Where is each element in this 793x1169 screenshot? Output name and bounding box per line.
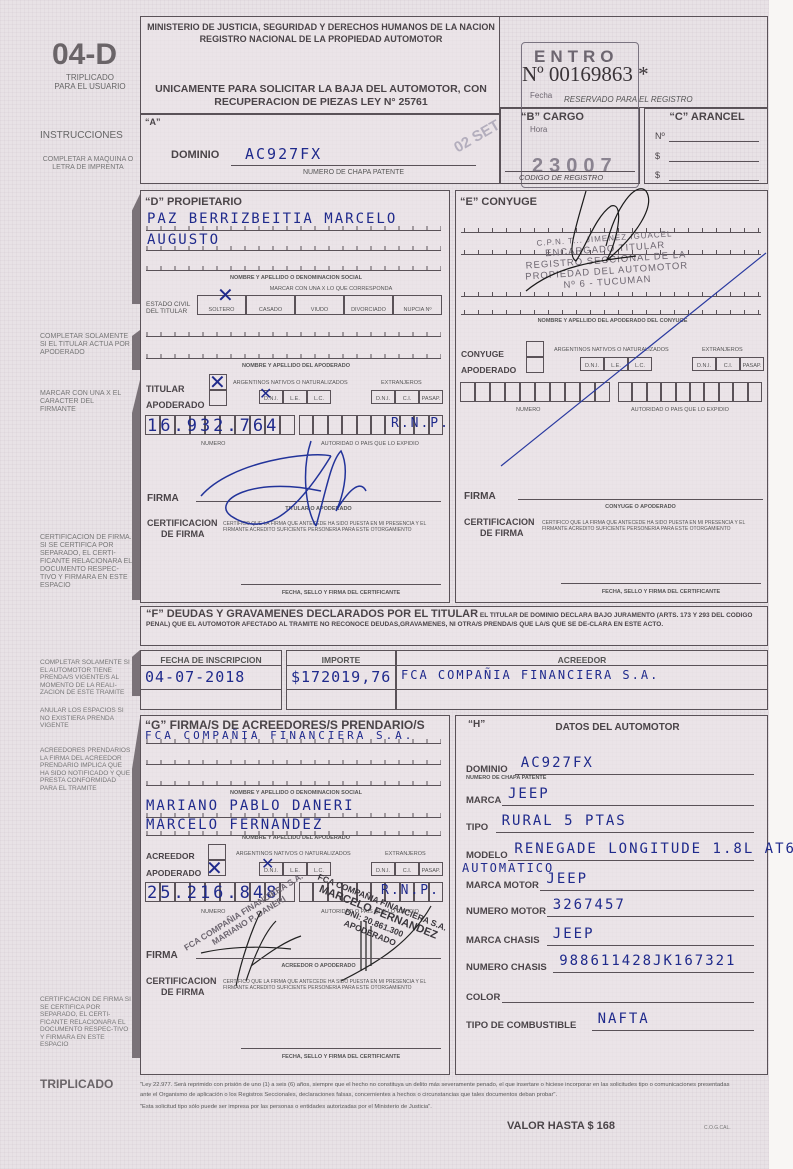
vehicle-field-line xyxy=(547,945,754,946)
cert-text: CERTIFICO QUE LA FIRMA QUE ANTECEDE HA S… xyxy=(223,521,443,533)
role-check: ✕ xyxy=(206,856,223,880)
footer-valor: VALOR HASTA $ 168 xyxy=(507,1120,615,1132)
vehicle-field-line xyxy=(592,1030,754,1031)
vehicle-field-label: NUMERO CHASIS xyxy=(466,962,547,973)
char-cell[interactable] xyxy=(371,415,385,435)
footer-copy-label: TRIPLICADO xyxy=(40,1077,113,1091)
vehicle-field-label: TIPO DE COMBUSTIBLE xyxy=(466,1020,576,1031)
vehicle-field-line xyxy=(547,916,754,917)
vehicle-field-sublabel: NUMERO DE CHAPA PATENTE xyxy=(466,775,546,781)
copy-label: TRIPLICADO xyxy=(50,73,130,82)
section-h-vehicle-data: “H” DATOS DEL AUTOMOTOR DOMINIOAC927FXNU… xyxy=(455,715,768,1075)
civil-status-option[interactable]: NUPCIA Nº xyxy=(393,295,442,315)
char-cell[interactable] xyxy=(580,382,595,402)
vehicle-field-line xyxy=(502,1002,754,1003)
civil-status-option-label: SOLTERO xyxy=(198,307,245,313)
extranjeros-label: EXTRANJEROS xyxy=(385,851,426,857)
civil-status-option-label: NUPCIA Nº xyxy=(394,307,441,313)
role-apoderado-label: APODERADO xyxy=(146,400,205,410)
owner-name-label: NOMBRE Y APELLIDO O DENOMINACION SOCIAL xyxy=(141,275,451,281)
char-cell[interactable] xyxy=(748,382,762,402)
char-cell[interactable] xyxy=(550,382,565,402)
divider xyxy=(287,665,395,666)
role-conyuge-label: CONYUGE xyxy=(461,349,504,359)
divider xyxy=(397,689,767,690)
role-apoderado-label: APODERADO xyxy=(146,868,201,878)
role-check: ✕ xyxy=(209,370,226,394)
argentinos-label: ARGENTINOS NATIVOS O NATURALIZADOS xyxy=(233,380,348,386)
doc-type-option[interactable]: C.I. xyxy=(716,357,740,371)
apoderado-name-label: NOMBRE Y APELLIDO DEL APODERADO xyxy=(141,363,451,369)
vehicle-field-line xyxy=(540,890,754,891)
role-acreedor-label: ACREEDOR xyxy=(146,851,195,861)
char-cell[interactable] xyxy=(647,382,661,402)
stamp-entro: ENTRO xyxy=(534,47,619,67)
instructions-cert: CERTIFICACION DE FIRMA. SI SE CERTIFICA … xyxy=(40,534,132,590)
creditor-doc-authority[interactable]: R.N.P. xyxy=(381,883,440,898)
cert-label: CERTIFICACION xyxy=(464,517,535,527)
doc-type-option-label: D.N.I. xyxy=(372,396,394,402)
char-cell[interactable] xyxy=(328,415,342,435)
mark-hint: MARCAR CON UNA X LO QUE CORRESPONDA xyxy=(221,286,441,292)
arancel-amount-label: $ xyxy=(655,151,660,161)
doc-type-check: ✕ xyxy=(259,384,272,403)
instructions-acreedores: ACREEDORES PRENDARIOS LA FIRMA DEL ACREE… xyxy=(40,747,132,792)
vehicle-field-label: MARCA CHASIS xyxy=(466,935,540,946)
doc-type-option-label: C.I. xyxy=(396,868,418,874)
tab-arrow xyxy=(132,650,140,696)
debts-column: ACREEDORFCA COMPAÑIA FINANCIERA S.A. xyxy=(396,650,768,710)
doc-type-option-label: PASAP. xyxy=(420,396,442,402)
role-titular-label: TITULAR xyxy=(146,384,185,394)
header-box: MINISTERIO DE JUSTICIA, SEGURIDAD Y DERE… xyxy=(140,16,500,114)
civil-status-label: ESTADO CIVIL DEL TITULAR xyxy=(146,301,196,315)
char-cell[interactable] xyxy=(704,382,718,402)
creditor-apoderado-label: NOMBRE Y APELLIDO DEL APODERADO xyxy=(141,835,451,841)
vehicle-fields: DOMINIOAC927FXNUMERO DE CHAPA PATENTEMAR… xyxy=(456,716,769,1076)
vehicle-field-value[interactable]: NAFTA xyxy=(598,1011,650,1027)
char-cell[interactable] xyxy=(342,415,356,435)
section-b-title: “B” CARGO xyxy=(521,111,584,123)
char-cell[interactable] xyxy=(280,415,295,435)
instructions-prenda: COMPLETAR SOLAMENTE SI EL AUTOMOTOR TIEN… xyxy=(40,659,130,697)
numero-label: NUMERO xyxy=(201,441,225,447)
doc-type-option[interactable]: D.N.I. xyxy=(580,357,604,371)
cert-label: CERTIFICACION xyxy=(146,976,217,986)
doc-type-option-label: L.E. xyxy=(605,363,627,369)
char-cell[interactable] xyxy=(690,382,704,402)
instructions-apoderado: COMPLETAR SOLAMENTE SI EL TITULAR ACTUA … xyxy=(40,333,130,357)
firma-sublabel: TITULAR O APODERADO xyxy=(196,506,441,512)
doc-type-option[interactable]: PASAP. xyxy=(419,390,443,404)
debts-column-header: ACREEDOR xyxy=(397,655,767,665)
tab-arrow xyxy=(132,194,140,304)
extranjeros-label: EXTRANJEROS xyxy=(381,380,422,386)
vehicle-field-value[interactable]: AC927FX xyxy=(521,755,594,771)
form-04d-page: 04-D TRIPLICADO PARA EL USUARIO MINISTER… xyxy=(0,0,793,1169)
doc-type-option[interactable]: C.I. xyxy=(395,862,419,876)
cert-text: CERTIFICO QUE LA FIRMA QUE ANTECEDE HA S… xyxy=(542,520,764,532)
debts-column: FECHA DE INSCRIPCION04-07-2018 xyxy=(140,650,282,710)
char-cell[interactable] xyxy=(618,382,632,402)
vehicle-field-label: DOMINIO xyxy=(466,764,508,775)
purpose-title-2: RECUPERACION DE PIEZAS LEY N° 25761 xyxy=(145,96,497,108)
char-cell[interactable] xyxy=(505,382,520,402)
firma-label: FIRMA xyxy=(147,493,179,504)
doc-type-option[interactable]: D.N.I. xyxy=(371,862,395,876)
vehicle-field-value[interactable]: 988611428JK167321 xyxy=(559,953,736,969)
firma-sublabel: ACREEDOR O APODERADO xyxy=(196,963,441,969)
dominio-sublabel: NUMERO DE CHAPA PATENTE xyxy=(231,169,476,176)
debts-table: FECHA DE INSCRIPCION04-07-2018IMPORTE$17… xyxy=(140,650,768,710)
vehicle-field-value[interactable]: RENEGADE LONGITUDE 1.8L AT6 xyxy=(514,841,793,857)
role-apoderado-checkbox[interactable] xyxy=(526,357,544,373)
doc-type-option-label: D.N.I. xyxy=(693,363,715,369)
vehicle-field-extra[interactable]: AUTOMATICO xyxy=(462,861,554,875)
char-cell[interactable] xyxy=(490,382,505,402)
doc-type-extranjeros: D.N.I.C.I.PASAP. xyxy=(371,862,443,876)
section-f-title: “F” DEUDAS Y GRAVAMENES DECLARADOS POR E… xyxy=(146,608,478,620)
authority-label: AUTORIDAD O PAIS QUE LO EXPIDIO xyxy=(631,407,729,413)
instructions-title: INSTRUCCIONES xyxy=(40,130,123,141)
creditor-name-label: NOMBRE Y APELLIDO O DENOMINACION SOCIAL xyxy=(141,790,451,796)
char-cell[interactable] xyxy=(595,382,610,402)
debts-cell[interactable]: FCA COMPAÑIA FINANCIERA S.A. xyxy=(401,668,659,682)
conyuge-apoderado-label: NOMBRE Y APELLIDO DEL APODERADO DEL CONY… xyxy=(456,318,769,324)
dominio-label: DOMINIO xyxy=(171,149,219,161)
firma-label: FIRMA xyxy=(146,950,178,961)
section-f-header: “F” DEUDAS Y GRAVAMENES DECLARADOS POR E… xyxy=(140,606,768,646)
numero-label: NUMERO xyxy=(201,909,225,915)
instructions-fill-mode: COMPLETAR A MAQUINA O LETRA DE IMPRENTA xyxy=(38,156,138,172)
debts-column: IMPORTE$172019,76 xyxy=(286,650,396,710)
vehicle-field-value[interactable]: 3267457 xyxy=(553,897,626,913)
form-code: 04-D xyxy=(52,38,117,72)
tab-arrow xyxy=(132,718,140,1058)
civil-status-option[interactable]: DIVORCIADO xyxy=(344,295,393,315)
section-d-title: “D” PROPIETARIO xyxy=(145,196,242,208)
instructions-anular: ANULAR LOS ESPACIOS SI NO EXISTIERA PREN… xyxy=(40,707,130,730)
footer-law-text: "Ley 22.977. Será reprimido con prisión … xyxy=(140,1080,740,1100)
vehicle-field-value[interactable]: JEEP xyxy=(546,871,588,887)
firma-sublabel: CONYUGE O APODERADO xyxy=(518,504,763,510)
vehicle-field-value[interactable]: RURAL 5 PTAS xyxy=(502,813,627,829)
char-cell[interactable] xyxy=(520,382,535,402)
doc-type-option[interactable]: PASAP. xyxy=(740,357,764,371)
divider xyxy=(287,689,395,690)
authority-label: AUTORIDAD O PAIS QUE LO EXPIDIO xyxy=(321,441,419,447)
char-cell[interactable] xyxy=(460,382,475,402)
section-a-letter: “A” xyxy=(145,117,161,127)
doc-type-option-label: D.N.I. xyxy=(581,363,603,369)
doc-type-option-label: C.I. xyxy=(396,396,418,402)
firma-label: FIRMA xyxy=(464,491,496,502)
section-e-title: “E” CONYUGE xyxy=(460,196,537,208)
civil-status-option-label: VIUDO xyxy=(296,307,343,313)
role-apoderado-label: APODERADO xyxy=(461,365,516,375)
doc-type-option[interactable]: PASAP. xyxy=(419,862,443,876)
doc-type-option[interactable]: L.C. xyxy=(628,357,652,371)
ministry-title: MINISTERIO DE JUSTICIA, SEGURIDAD Y DERE… xyxy=(145,22,497,32)
footer-printer: C.O.G.CAL. xyxy=(704,1125,731,1131)
footer-print-note: "Esta solicitud tipo sólo puede ser impr… xyxy=(140,1104,640,1110)
civil-status-option-label: DIVORCIADO xyxy=(345,307,392,313)
instructions-cert-2: CERTIFICACION DE FIRMA SI SE CERTIFICA P… xyxy=(40,996,132,1049)
argentinos-label: ARGENTINOS NATIVOS O NATURALIZADOS xyxy=(554,347,669,353)
doc-type-option[interactable]: C.I. xyxy=(395,390,419,404)
arancel-number-label: Nº xyxy=(655,131,665,141)
civil-status-option[interactable]: CASADO xyxy=(246,295,295,315)
vehicle-field-value[interactable]: JEEP xyxy=(553,926,595,942)
civil-status-option-label: CASADO xyxy=(247,307,294,313)
vehicle-field-label: NUMERO MOTOR xyxy=(466,906,546,917)
section-c-title: “C” ARANCEL xyxy=(645,111,769,123)
section-g-acreedores: “G” FIRMA/S DE ACREEDORES/S PRENDARIO/S … xyxy=(140,715,450,1075)
doc-type-option[interactable]: L.E. xyxy=(283,390,307,404)
doc-type-option-label: L.C. xyxy=(629,363,651,369)
instructions-mark: MARCAR CON UNA X EL CARACTER DEL FIRMANT… xyxy=(40,390,130,414)
cert-text: CERTIFICO QUE LA FIRMA QUE ANTECEDE HA S… xyxy=(223,979,443,991)
vehicle-field-value[interactable]: JEEP xyxy=(508,786,550,802)
doc-type-option-label: D.N.I. xyxy=(372,868,394,874)
extranjeros-label: EXTRANJEROS xyxy=(702,347,743,353)
char-cell[interactable] xyxy=(313,415,327,435)
doc-type-option-label: PASAP. xyxy=(741,363,763,369)
vehicle-field-line xyxy=(496,832,754,833)
divider xyxy=(141,689,281,690)
doc-type-option[interactable]: D.N.I. xyxy=(692,357,716,371)
vehicle-field-label: MARCA MOTOR xyxy=(466,880,539,891)
owner-doc-number[interactable]: 16.932.764 xyxy=(147,416,279,436)
cert-label: CERTIFICACION xyxy=(147,518,218,528)
debts-column-header: FECHA DE INSCRIPCION xyxy=(141,655,281,665)
tab-arrow xyxy=(132,330,140,370)
debts-cell[interactable]: $172019,76 xyxy=(291,668,391,686)
cert-label-2: DE FIRMA xyxy=(161,987,205,997)
tab-arrow xyxy=(132,380,140,600)
registry-code-label: CODIGO DE REGISTRO xyxy=(519,173,603,182)
cert-label-2: DE FIRMA xyxy=(161,529,205,539)
stamp-fecha: Fecha xyxy=(530,91,552,100)
doc-type-extranjeros: D.N.I.C.I.PASAP. xyxy=(371,390,443,404)
vehicle-field-line xyxy=(515,774,754,775)
civil-status-check: ✕ xyxy=(217,283,234,307)
char-cell[interactable] xyxy=(632,382,646,402)
vehicle-field-label: COLOR xyxy=(466,992,500,1003)
vehicle-field-label: TIPO xyxy=(466,822,488,833)
doc-number-cells xyxy=(460,382,610,402)
certificante-label: FECHA, SELLO Y FIRMA DEL CERTIFICANTE xyxy=(241,1054,441,1060)
argentinos-label: ARGENTINOS NATIVOS O NATURALIZADOS xyxy=(236,851,351,857)
char-cell[interactable] xyxy=(676,382,690,402)
certificante-label: FECHA, SELLO Y FIRMA DEL CERTIFICANTE xyxy=(241,590,441,596)
dominio-value[interactable]: AC927FX xyxy=(245,145,322,163)
debts-column-header: IMPORTE xyxy=(287,655,395,665)
section-d-propietario: “D” PROPIETARIO PAZ BERRIZBEITIA MARCELO… xyxy=(140,190,450,603)
section-e-conyuge: “E” CONYUGE NOMBRE Y APELLIDO DEL APODER… xyxy=(455,190,768,603)
page-margin xyxy=(769,0,793,1169)
copy-for: PARA EL USUARIO xyxy=(45,82,135,91)
char-cell[interactable] xyxy=(299,415,313,435)
divider xyxy=(141,665,281,666)
doc-type-option-label: C.I. xyxy=(717,363,739,369)
doc-type-option[interactable]: D.N.I. xyxy=(371,390,395,404)
purpose-title: UNICAMENTE PARA SOLICITAR LA BAJA DEL AU… xyxy=(145,83,497,95)
doc-type-check: ✕ xyxy=(261,854,274,873)
doc-type-argentinos: D.N.I.L.E.L.C. xyxy=(580,357,652,371)
section-a: “A” DOMINIO AC927FX NUMERO DE CHAPA PATE… xyxy=(140,114,500,184)
vehicle-field-line xyxy=(502,805,754,806)
char-cell[interactable] xyxy=(475,382,490,402)
vehicle-field-label: MARCA xyxy=(466,795,501,806)
doc-authority-cells xyxy=(618,382,762,402)
char-cell[interactable] xyxy=(535,382,550,402)
cert-label-2: DE FIRMA xyxy=(480,528,524,538)
arancel-amount-2-label: $ xyxy=(655,170,660,180)
doc-type-extranjeros: D.N.I.C.I.PASAP. xyxy=(692,357,764,371)
char-cell[interactable] xyxy=(733,382,747,402)
char-cell[interactable] xyxy=(661,382,675,402)
vehicle-field-line xyxy=(553,972,754,973)
section-b: “B” CARGO CODIGO DE REGISTRO xyxy=(500,108,640,184)
registry-seal-stamp: C.P.N. T... JIMENEZ IGUACELENCARGADO TIT… xyxy=(514,227,697,294)
divider xyxy=(397,665,767,666)
doc-type-option-label: L.C. xyxy=(308,396,330,402)
role-conyuge-checkbox[interactable] xyxy=(526,341,544,357)
doc-type-option[interactable]: L.C. xyxy=(307,390,331,404)
numero-label: NUMERO xyxy=(516,407,540,413)
owner-doc-authority[interactable]: R.N.P. xyxy=(391,416,450,431)
char-cell[interactable] xyxy=(357,415,371,435)
registry-title: REGISTRO NACIONAL DE LA PROPIEDAD AUTOMO… xyxy=(145,34,497,44)
doc-type-option-label: L.E. xyxy=(284,396,306,402)
section-c: “C” ARANCEL Nº $ $ xyxy=(644,108,768,184)
debts-cell[interactable]: 04-07-2018 xyxy=(145,668,245,686)
vehicle-field-label: MODELO xyxy=(466,850,508,861)
certificante-label: FECHA, SELLO Y FIRMA DEL CERTIFICANTE xyxy=(561,589,761,595)
char-cell[interactable] xyxy=(719,382,733,402)
doc-type-option[interactable]: L.E. xyxy=(604,357,628,371)
doc-type-option-label: PASAP. xyxy=(420,868,442,874)
char-cell[interactable] xyxy=(565,382,580,402)
civil-status-option[interactable]: VIUDO xyxy=(295,295,344,315)
